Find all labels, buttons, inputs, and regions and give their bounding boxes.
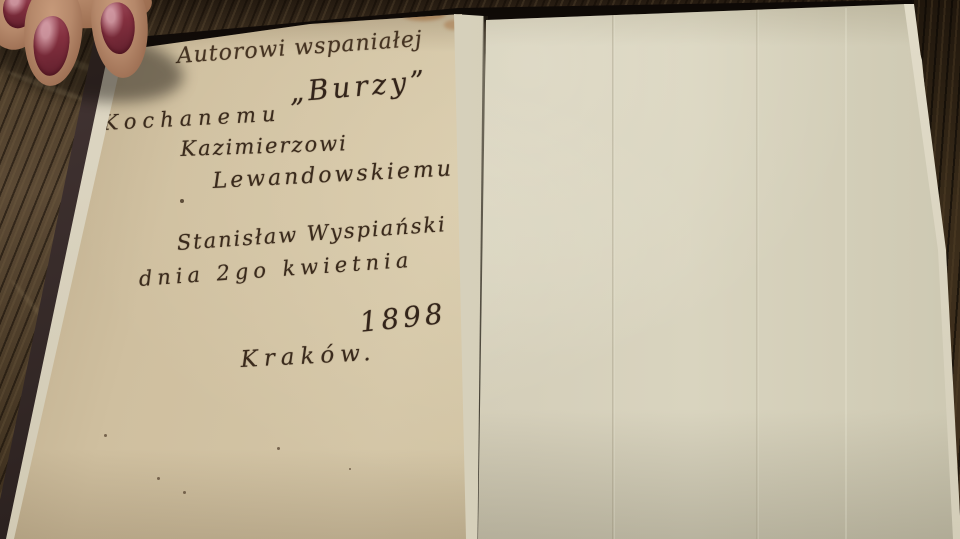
inscription-year: 1898	[358, 297, 448, 339]
foxing-speck	[183, 491, 186, 494]
fingernail	[99, 1, 137, 56]
inscription-place: Kraków.	[240, 340, 377, 373]
photo-scene: Autorowi wspaniałej „Burzy” Kochanemu Ka…	[0, 0, 960, 539]
inscription-line-2: „Burzy”	[288, 64, 430, 109]
foxing-speck	[349, 468, 351, 470]
foxing-speck	[277, 447, 280, 450]
inscription-line-5: Lewandowskiemu	[212, 156, 455, 194]
inscription-line-4: Kazimierzowi	[180, 131, 348, 161]
page-crease	[612, 8, 615, 539]
ink-dot	[180, 199, 184, 203]
page-crease	[756, 8, 759, 539]
page-crease	[845, 8, 847, 539]
foxing-speck	[157, 477, 160, 480]
inscription-line-3: Kochanemu	[102, 102, 282, 135]
fingernail	[31, 15, 71, 77]
foxing-speck	[104, 434, 107, 437]
